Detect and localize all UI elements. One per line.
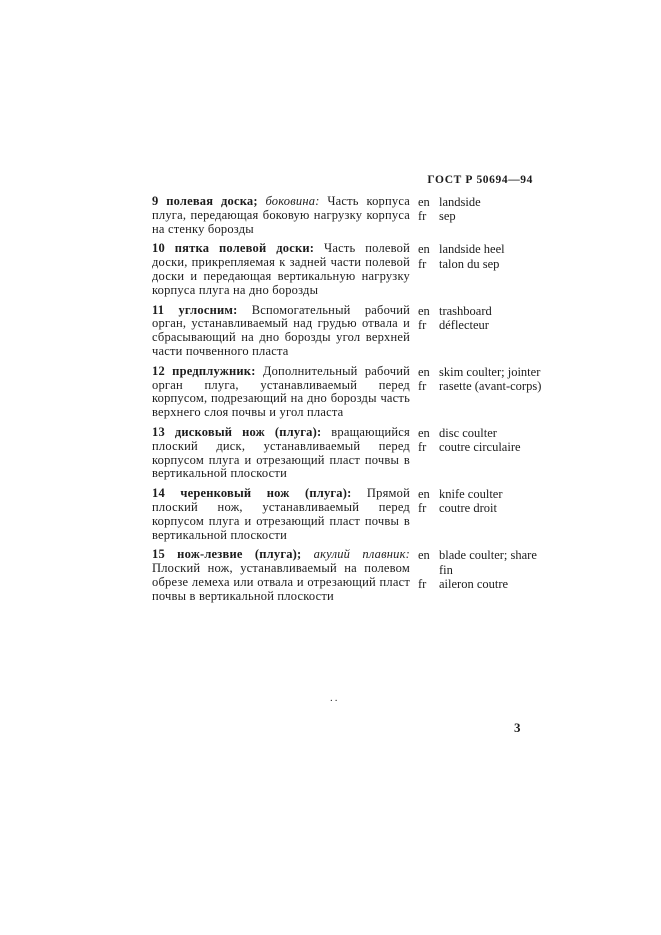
term-en: knife coulter — [439, 487, 542, 501]
term-fr: talon du sep — [439, 257, 542, 271]
lang-label-en: en — [418, 365, 439, 379]
term-definition: 10 пятка полевой доски: Часть полевой до… — [152, 242, 410, 297]
french-equivalent: frcoutre circulaire — [418, 440, 542, 454]
term-definition: 15 нож-лезвие (плуга); акулий плавник: П… — [152, 548, 410, 603]
term-fr: coutre circulaire — [439, 440, 542, 454]
term-en: landside heel — [439, 242, 542, 256]
lang-label-fr: fr — [418, 318, 439, 332]
term-fr: sep — [439, 209, 542, 223]
english-equivalent: enskim coulter; jointer — [418, 365, 542, 379]
term-synonym: акулий плавник: — [314, 547, 410, 561]
french-equivalent: fraileron coutre — [418, 577, 542, 591]
french-equivalent: frrasette (avant-corps) — [418, 379, 542, 393]
document-page: ГОСТ Р 50694—94 9 полевая доска; боковин… — [0, 0, 661, 935]
english-equivalent: entrashboard — [418, 304, 542, 318]
standard-number-header: ГОСТ Р 50694—94 — [427, 174, 533, 186]
scan-artifact-mark: .. — [330, 692, 340, 704]
term-fr: déflecteur — [439, 318, 542, 332]
term-name: 14 черенковый нож (плуга): — [152, 486, 367, 500]
term-en: disc coulter — [439, 426, 542, 440]
term-name: 15 нож-лезвие (плуга); — [152, 547, 314, 561]
term-en: landside — [439, 195, 542, 209]
term-synonym: боковина: — [265, 194, 327, 208]
french-equivalent: frcoutre droit — [418, 501, 542, 515]
term-fr: coutre droit — [439, 501, 542, 515]
term-definition: 12 предплужник: Дополнительный рабочий о… — [152, 365, 410, 420]
term-entry-10: 10 пятка полевой доски: Часть полевой до… — [152, 242, 544, 297]
lang-label-fr: fr — [418, 379, 439, 393]
term-entry-9: 9 полевая доска; боковина: Часть корпуса… — [152, 195, 544, 236]
lang-label-fr: fr — [418, 440, 439, 454]
lang-label-fr: fr — [418, 209, 439, 223]
term-fr: aileron coutre — [439, 577, 542, 591]
term-entry-15: 15 нож-лезвие (плуга); акулий плавник: П… — [152, 548, 544, 603]
lang-label-en: en — [418, 304, 439, 318]
lang-label-en: en — [418, 242, 439, 256]
term-name: 9 полевая доска; — [152, 194, 265, 208]
lang-label-en: en — [418, 195, 439, 209]
translations: enlandside heel frtalon du sep — [418, 242, 542, 270]
french-equivalent: frdéflecteur — [418, 318, 542, 332]
french-equivalent: frtalon du sep — [418, 257, 542, 271]
translations: entrashboard frdéflecteur — [418, 304, 542, 332]
translations: enblade coulter; share fin fraileron cou… — [418, 548, 542, 591]
english-equivalent: enknife coulter — [418, 487, 542, 501]
lang-label-en: en — [418, 548, 439, 576]
english-equivalent: endisc coulter — [418, 426, 542, 440]
definition-text: Плоский нож, устанавливаемый на полевом … — [152, 561, 410, 603]
translations: enknife coulter frcoutre droit — [418, 487, 542, 515]
translations: endisc coulter frcoutre circulaire — [418, 426, 542, 454]
term-name: 11 углосним: — [152, 303, 252, 317]
term-entry-13: 13 дисковый нож (плуга): вращающийся пло… — [152, 426, 544, 481]
lang-label-fr: fr — [418, 577, 439, 591]
term-definition: 13 дисковый нож (плуга): вращающийся пло… — [152, 426, 410, 481]
term-fr: rasette (avant-corps) — [439, 379, 542, 393]
term-definition: 14 черенковый нож (плуга): Прямой плоски… — [152, 487, 410, 542]
translations: enlandside frsep — [418, 195, 542, 223]
term-definition: 11 углосним: Вспомогательный рабочий орг… — [152, 304, 410, 359]
page-number: 3 — [514, 720, 521, 736]
english-equivalent: enlandside heel — [418, 242, 542, 256]
lang-label-en: en — [418, 426, 439, 440]
term-entry-14: 14 черенковый нож (плуга): Прямой плоски… — [152, 487, 544, 542]
term-entry-12: 12 предплужник: Дополнительный рабочий о… — [152, 365, 544, 420]
english-equivalent: enlandside — [418, 195, 542, 209]
term-name: 10 пятка полевой доски: — [152, 241, 324, 255]
term-en: skim coulter; jointer — [439, 365, 542, 379]
term-name: 13 дисковый нож (плуга): — [152, 425, 331, 439]
terms-list: 9 полевая доска; боковина: Часть корпуса… — [152, 195, 544, 610]
term-en: trashboard — [439, 304, 542, 318]
lang-label-fr: fr — [418, 257, 439, 271]
lang-label-en: en — [418, 487, 439, 501]
translations: enskim coulter; jointer frrasette (avant… — [418, 365, 542, 393]
english-equivalent: enblade coulter; share fin — [418, 548, 542, 576]
french-equivalent: frsep — [418, 209, 542, 223]
term-entry-11: 11 углосним: Вспомогательный рабочий орг… — [152, 304, 544, 359]
term-name: 12 предплужник: — [152, 364, 263, 378]
lang-label-fr: fr — [418, 501, 439, 515]
term-en: blade coulter; share fin — [439, 548, 542, 576]
term-definition: 9 полевая доска; боковина: Часть корпуса… — [152, 195, 410, 236]
